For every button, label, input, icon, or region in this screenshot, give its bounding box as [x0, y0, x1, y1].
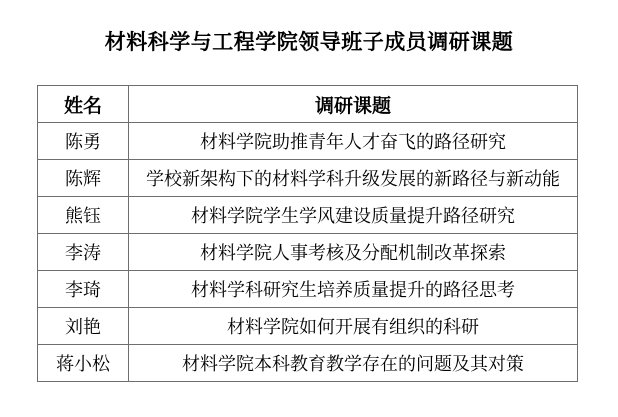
name-cell: 陈辉 [38, 160, 129, 197]
topic-cell: 材料学院人事考核及分配机制改革探索 [129, 234, 578, 271]
table-row: 李涛材料学院人事考核及分配机制改革探索 [38, 234, 578, 271]
table-row: 李琦材料学科研究生培养质量提升的路径思考 [38, 271, 578, 308]
name-cell: 陈勇 [38, 123, 129, 160]
topic-cell: 学校新架构下的材料学科升级发展的新路径与新动能 [129, 160, 578, 197]
topic-cell: 材料学院助推青年人才奋飞的路径研究 [129, 123, 578, 160]
table-body: 陈勇材料学院助推青年人才奋飞的路径研究陈辉学校新架构下的材料学科升级发展的新路径… [38, 123, 578, 382]
table-row: 熊钰材料学院学生学风建设质量提升路径研究 [38, 197, 578, 234]
table-row: 蒋小松材料学院本科教育教学存在的问题及其对策 [38, 345, 578, 382]
name-cell: 李琦 [38, 271, 129, 308]
topic-cell: 材料学院如何开展有组织的科研 [129, 308, 578, 345]
page-title: 材料科学与工程学院领导班子成员调研课题 [0, 30, 618, 56]
column-header-name: 姓名 [38, 86, 129, 123]
name-cell: 刘艳 [38, 308, 129, 345]
table-header-row: 姓名 调研课题 [38, 86, 578, 123]
document-page: 材料科学与工程学院领导班子成员调研课题 姓名 调研课题 陈勇材料学院助推青年人才… [0, 0, 618, 417]
topic-cell: 材料学院学生学风建设质量提升路径研究 [129, 197, 578, 234]
topic-cell: 材料学科研究生培养质量提升的路径思考 [129, 271, 578, 308]
column-header-topic: 调研课题 [129, 86, 578, 123]
table-row: 陈勇材料学院助推青年人才奋飞的路径研究 [38, 123, 578, 160]
table-row: 刘艳材料学院如何开展有组织的科研 [38, 308, 578, 345]
topic-cell: 材料学院本科教育教学存在的问题及其对策 [129, 345, 578, 382]
name-cell: 蒋小松 [38, 345, 129, 382]
name-cell: 李涛 [38, 234, 129, 271]
name-cell: 熊钰 [38, 197, 129, 234]
table-row: 陈辉学校新架构下的材料学科升级发展的新路径与新动能 [38, 160, 578, 197]
research-topics-table: 姓名 调研课题 陈勇材料学院助推青年人才奋飞的路径研究陈辉学校新架构下的材料学科… [37, 85, 578, 382]
